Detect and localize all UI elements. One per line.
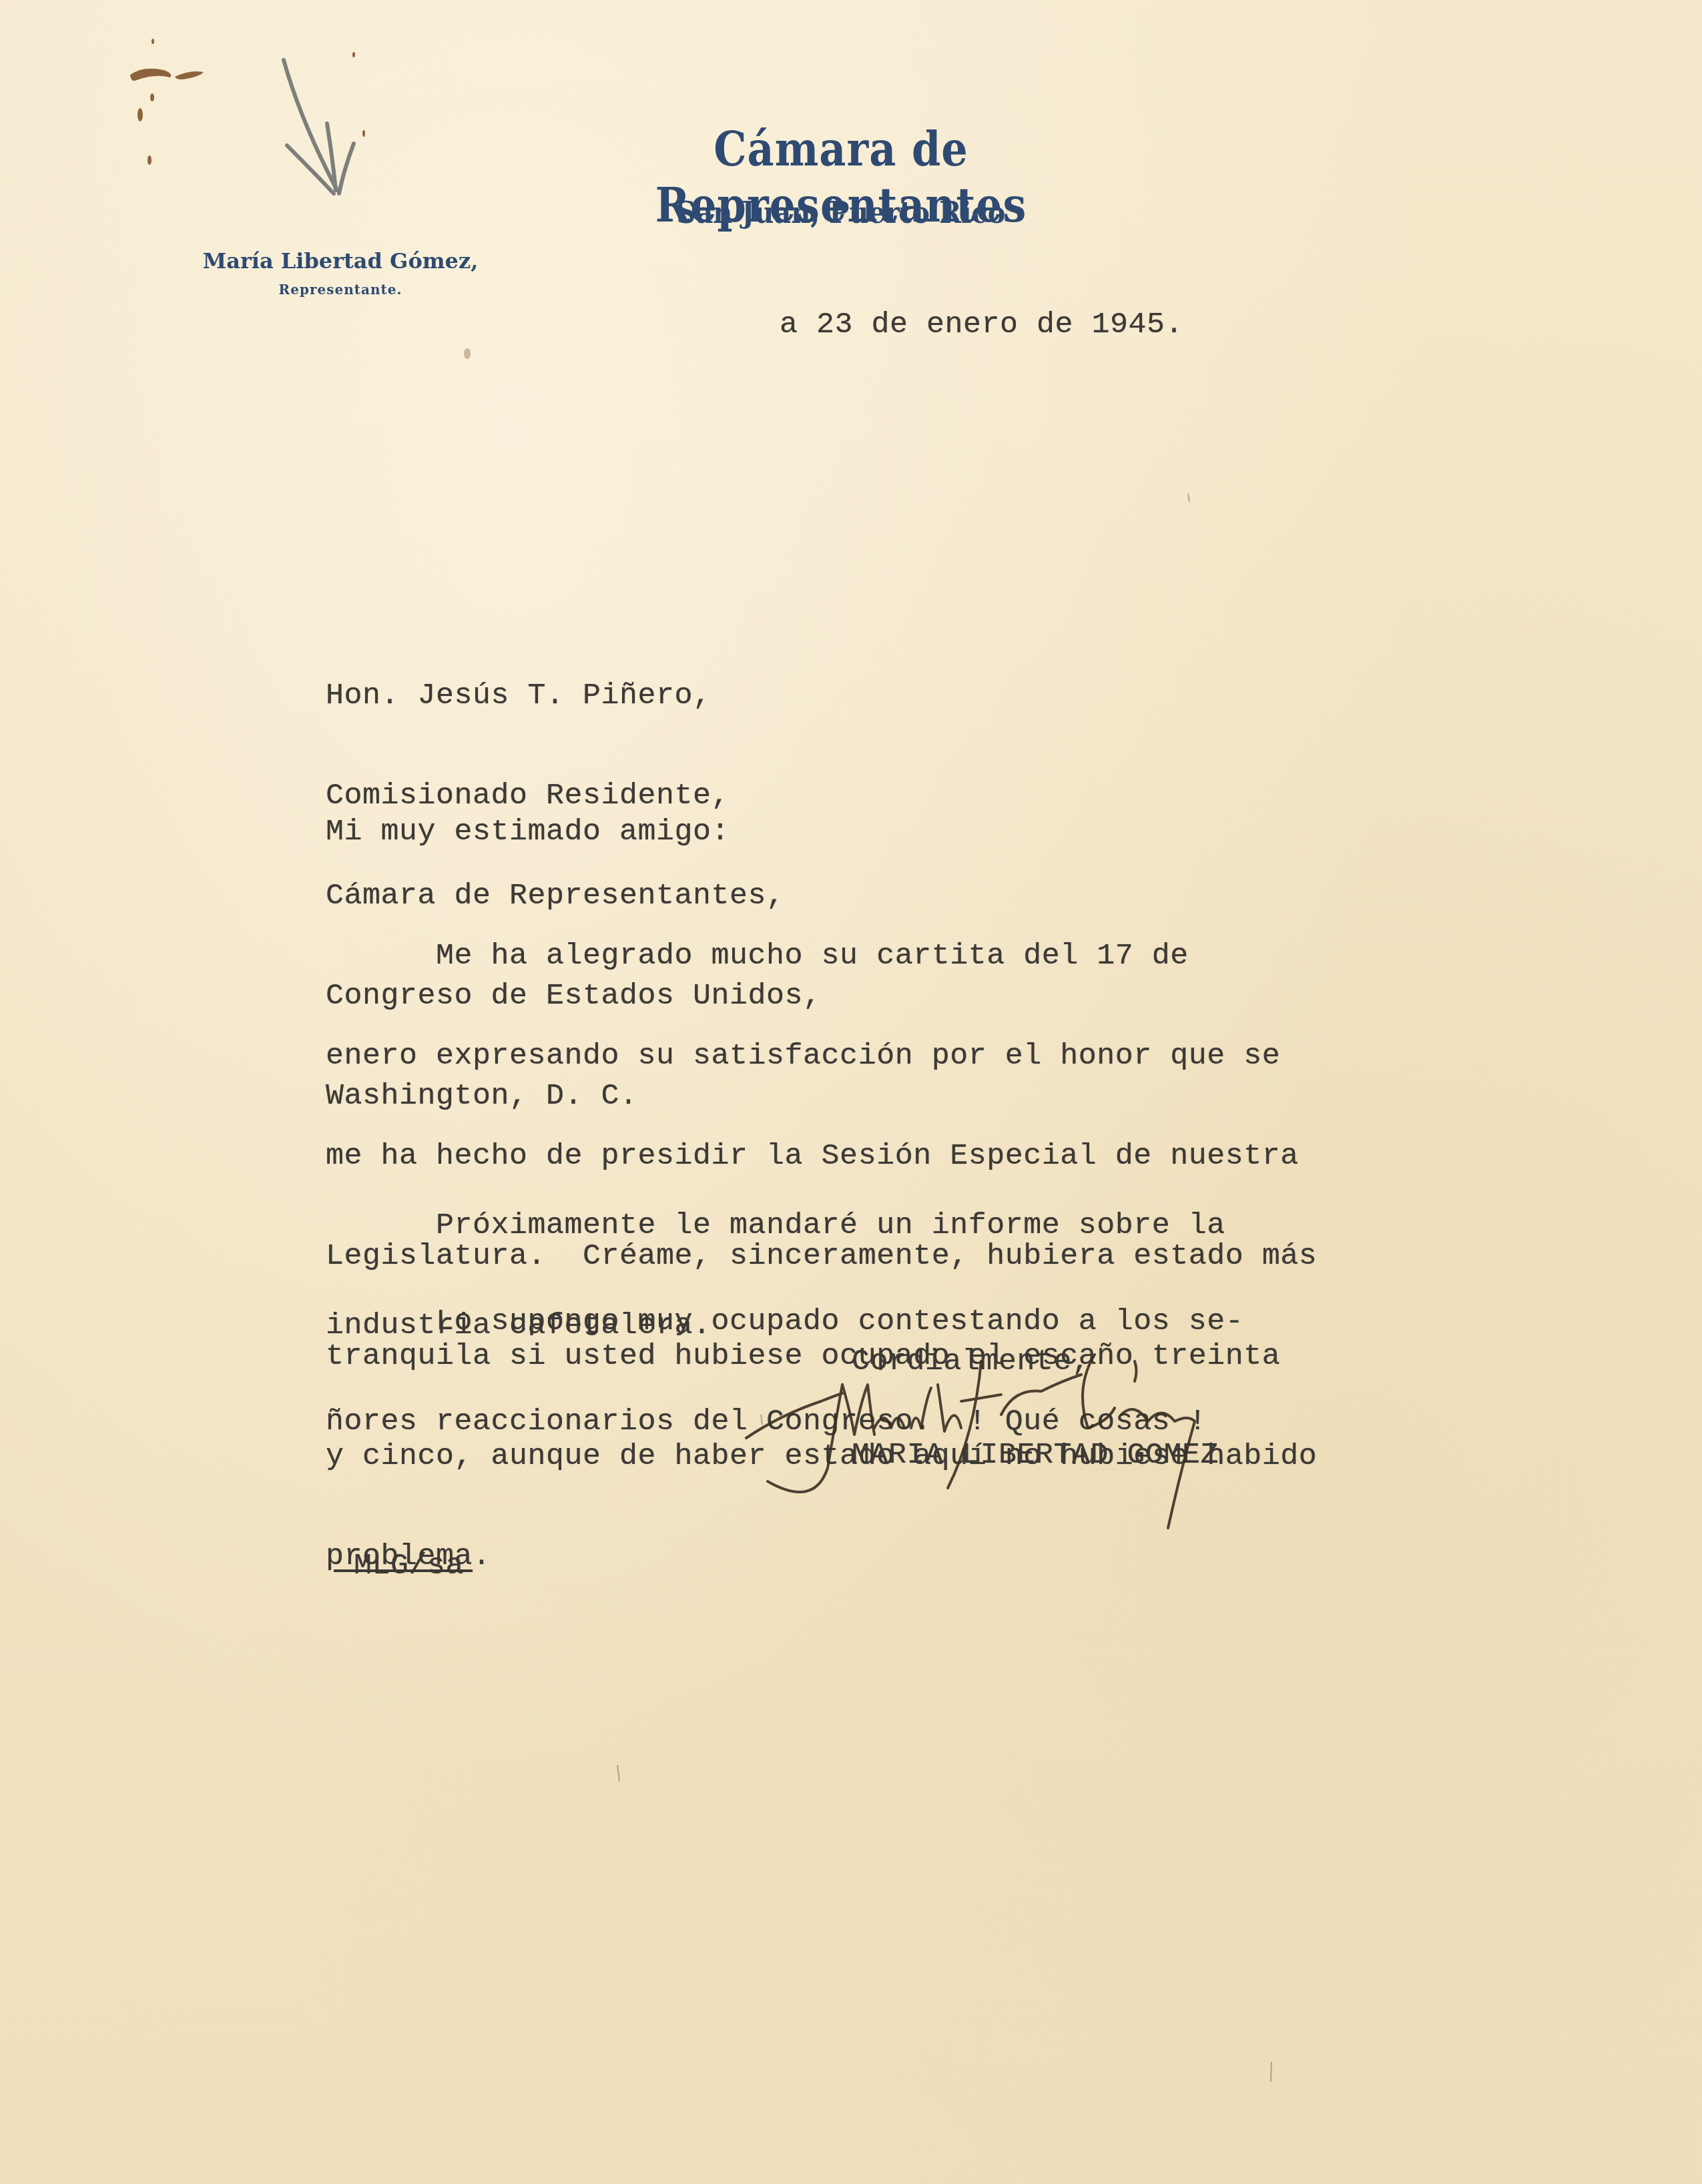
letterhead-sender-name: María Libertad Gómez, [194,248,487,274]
salutation: Mi muy estimado amigo: [326,815,730,849]
pencil-arrow-mark [284,60,354,194]
paragraph-line: Me ha alegrado mucho su cartita del 17 d… [326,940,1317,973]
paragraph-line: ñores reaccionarios del Congreso. ! Qué … [326,1405,1243,1439]
closing: Cordialmente, [852,1345,1091,1379]
address-line: Hon. Jesús T. Piñero, [326,679,822,713]
date-line: a 23 de enero de 1945. [780,308,1183,342]
paragraph-line: problema. [326,1540,1317,1573]
reference-initials: MLG/sa [354,1549,464,1583]
typed-signature-name: MARIA LIBERTAD GOMEZ [852,1439,1219,1472]
paragraph-line: Próximamente le mandaré un informe sobre… [326,1209,1225,1242]
letterhead-sender-role: Representante. [240,282,441,298]
letterhead-location: San Juan, Puerto Rico [627,196,1055,231]
paragraph-line: Lo supongo muy ocupado contestando a los… [326,1305,1243,1339]
letter-page: Cámara de Representantes San Juan, Puert… [0,0,1702,2184]
paragraph-line: enero expresando su satisfacción por el … [326,1040,1317,1073]
ink-stain-marks [130,39,471,359]
final-punctuation: . [473,1539,491,1573]
address-line: Comisionado Residente, [326,779,822,813]
